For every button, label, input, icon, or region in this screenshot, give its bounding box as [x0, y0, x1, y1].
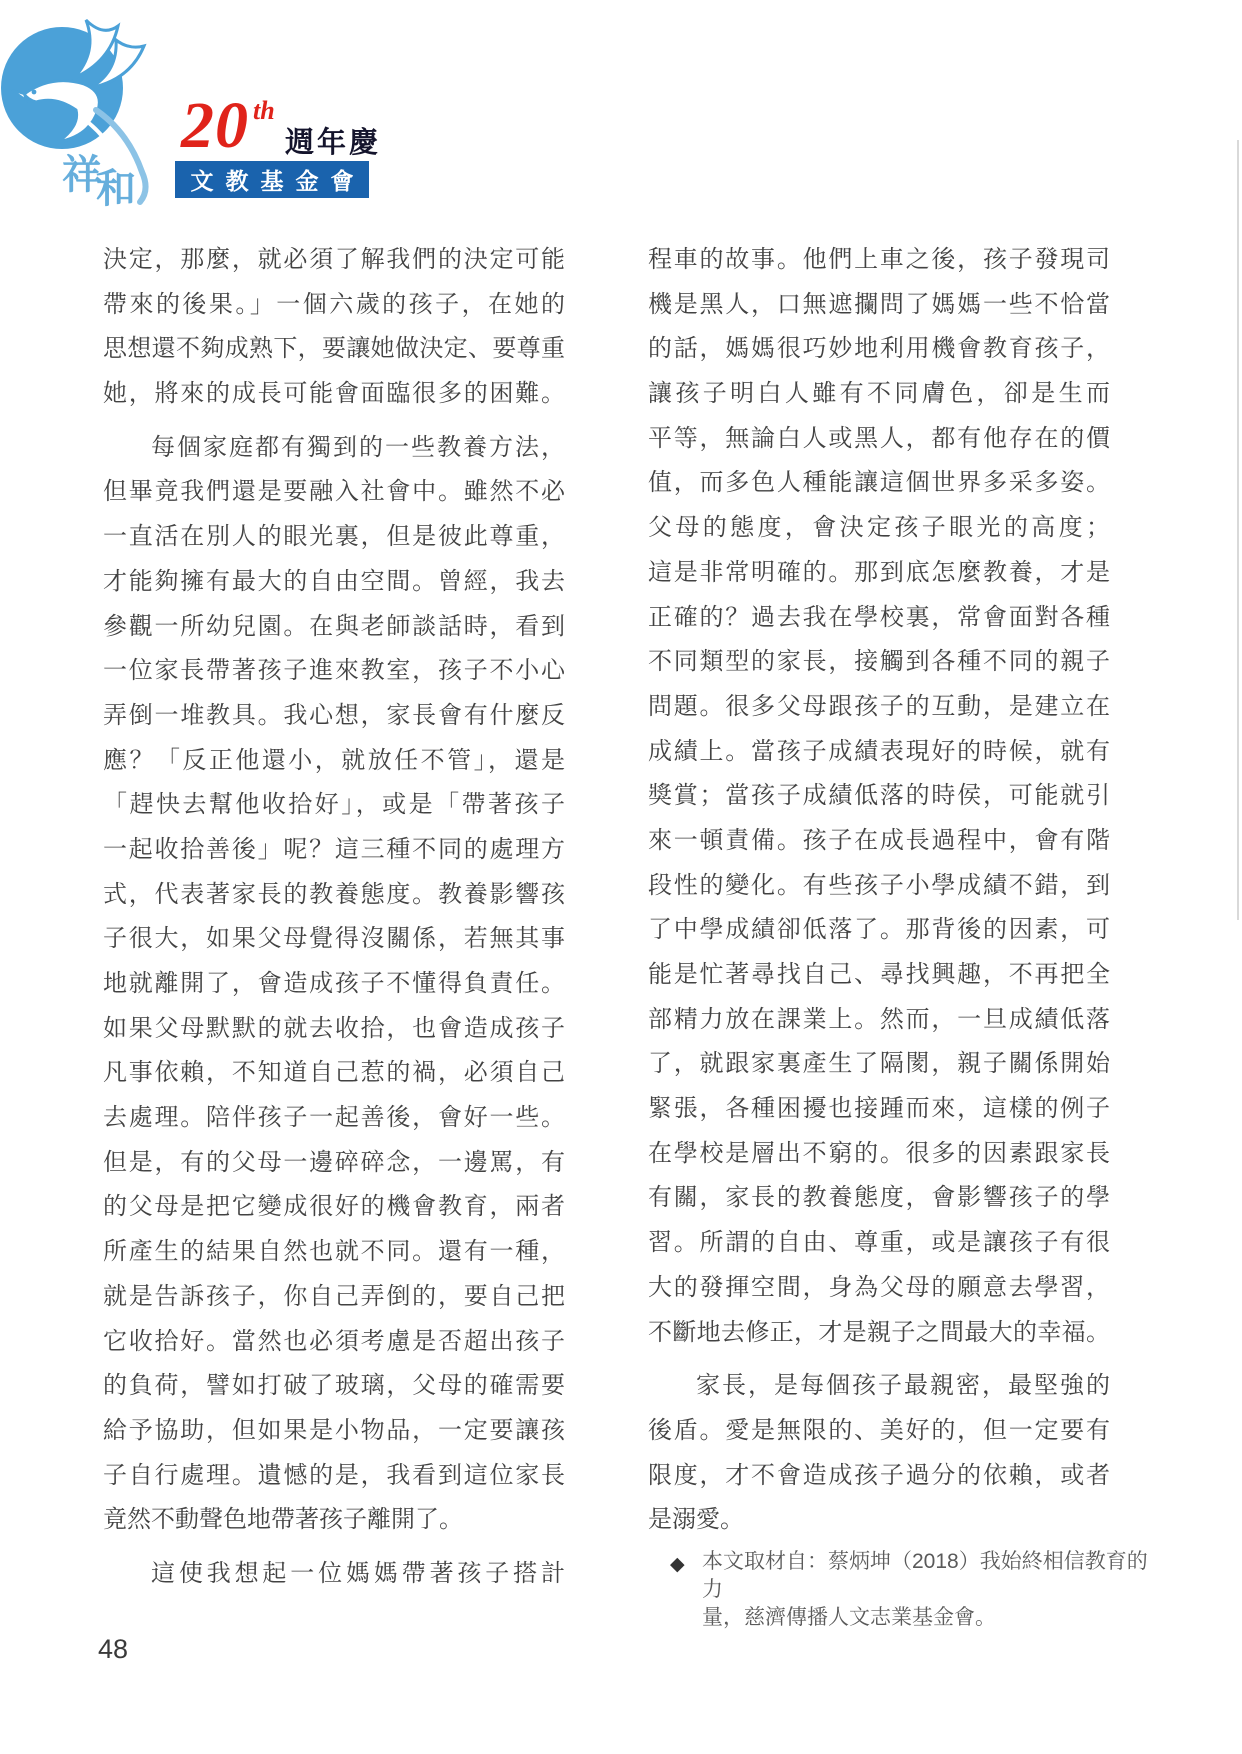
text-line: 段性的變化。有些孩子小學成績不錯，到 — [648, 864, 1110, 909]
text-line: 一位家長帶著孩子進來教室，孩子不小心 — [103, 649, 565, 694]
text-line: 問題。很多父母跟孩子的互動，是建立在 — [648, 685, 1110, 730]
dove-logo-graphic: 祥 和 — [0, 4, 200, 214]
footnote-line: 量，慈濟傳播人文志業基金會。 — [702, 1604, 1148, 1632]
text-line: 大的發揮空間，身為父母的願意去學習， — [648, 1266, 1110, 1311]
text-line: 來一頓責備。孩子在成長過程中，會有階 — [648, 819, 1110, 864]
text-line: 的話，媽媽很巧妙地利用機會教育孩子， — [648, 327, 1110, 372]
text-line: 機是黑人，口無遮攔問了媽媽一些不恰當 — [648, 283, 1110, 328]
text-line: 所產生的結果自然也就不同。還有一種， — [103, 1230, 565, 1275]
text-line: 正確的？過去我在學校裏，常會面對各種 — [648, 596, 1110, 641]
foundation-name-badge: 文教基金會 — [175, 161, 369, 198]
text-line: 去處理。陪伴孩子一起善後，會好一些。 — [103, 1096, 565, 1141]
text-line: 的父母是把它變成很好的機會教育，兩者 — [103, 1185, 565, 1230]
text-line: 弄倒一堆教具。我心想，家長會有什麼反 — [103, 694, 565, 739]
text-line: 是溺愛。 — [648, 1498, 1110, 1543]
text-line: 給予協助，但如果是小物品，一定要讓孩 — [103, 1409, 565, 1454]
text-line: 思想還不夠成熟下，要讓她做決定、要尊重 — [103, 327, 565, 372]
text-line: 如果父母默默的就去收拾，也會造成孩子 — [103, 1007, 565, 1052]
text-line: 程車的故事。他們上車之後，孩子發現司 — [648, 238, 1110, 283]
text-line: 每個家庭都有獨到的一些教養方法， — [103, 426, 565, 471]
text-line: 不斷地去修正，才是親子之間最大的幸福。 — [648, 1311, 1110, 1356]
text-line: 應？「反正他還小，就放任不管」，還是 — [103, 739, 565, 784]
text-line: 竟然不動聲色地帶著孩子離開了。 — [103, 1498, 565, 1543]
paragraph: 決定，那麼，就必須了解我們的決定可能帶來的後果。」一個六歲的孩子，在她的思想還不… — [103, 238, 565, 417]
text-line: 地就離開了，會造成孩子不懂得負責任。 — [103, 962, 565, 1007]
text-line: 子自行處理。遺憾的是，我看到這位家長 — [103, 1454, 565, 1499]
text-line: 帶來的後果。」一個六歲的孩子，在她的 — [103, 283, 565, 328]
text-line: 平等，無論白人或黑人，都有他存在的價 — [648, 417, 1110, 462]
text-line: 就是告訴孩子，你自己弄倒的，要自己把 — [103, 1275, 565, 1320]
footnote-line: 本文取材自：蔡炳坤（2018）我始終相信教育的力 — [702, 1548, 1148, 1604]
text-line: 這是非常明確的。那到底怎麼教養，才是 — [648, 551, 1110, 596]
text-line: 能是忙著尋找自己、尋找興趣，不再把全 — [648, 953, 1110, 998]
anniversary-number: 20 — [181, 89, 249, 162]
dove-eye-icon — [32, 90, 37, 95]
scan-edge-artifact — [1237, 140, 1239, 920]
text-line: 在學校是層出不窮的。很多的因素跟家長 — [648, 1132, 1110, 1177]
source-footnote: ◆ 本文取材自：蔡炳坤（2018）我始終相信教育的力 量，慈濟傳播人文志業基金會… — [668, 1548, 1148, 1632]
magazine-page: 祥 和 20th 週年慶 文教基金會 決定，那麼，就必須了解我們的決定可能帶來的… — [0, 0, 1242, 1754]
text-line: 才能夠擁有最大的自由空間。曾經，我去 — [103, 560, 565, 605]
text-line: 部精力放在課業上。然而，一旦成績低落 — [648, 998, 1110, 1043]
text-line: 但是，有的父母一邊碎碎念，一邊罵，有 — [103, 1141, 565, 1186]
article-column-right: 程車的故事。他們上車之後，孩子發現司機是黑人，口無遮攔問了媽媽一些不恰當的話，媽… — [648, 238, 1110, 1543]
text-line: 了，就跟家裏產生了隔閡，親子關係開始 — [648, 1042, 1110, 1087]
text-line: 「趕快去幫他收拾好」，或是「帶著孩子 — [103, 783, 565, 828]
text-line: 成績上。當孩子成績表現好的時候，就有 — [648, 730, 1110, 775]
text-line: 值，而多色人種能讓這個世界多采多姿。 — [648, 461, 1110, 506]
text-line: 了中學成績卻低落了。那背後的因素，可 — [648, 908, 1110, 953]
text-line: 限度，才不會造成孩子過分的依賴，或者 — [648, 1454, 1110, 1499]
article-column-left: 決定，那麼，就必須了解我們的決定可能帶來的後果。」一個六歲的孩子，在她的思想還不… — [103, 238, 565, 1597]
text-line: 一起收拾善後」呢？這三種不同的處理方 — [103, 828, 565, 873]
text-line: 她，將來的成長可能會面臨很多的困難。 — [103, 372, 565, 417]
anniversary-label: 週年慶 — [285, 120, 381, 161]
text-line: 但畢竟我們還是要融入社會中。雖然不必 — [103, 470, 565, 515]
text-line: 參觀一所幼兒園。在與老師談話時，看到 — [103, 605, 565, 650]
text-line: 不同類型的家長，接觸到各種不同的親子 — [648, 640, 1110, 685]
text-line: 父母的態度，會決定孩子眼光的高度； — [648, 506, 1110, 551]
text-line: 緊張，各種困擾也接踵而來，這樣的例子 — [648, 1087, 1110, 1132]
paragraph: 每個家庭都有獨到的一些教養方法，但畢竟我們還是要融入社會中。雖然不必一直活在別人… — [103, 426, 565, 1543]
calligraphy-he: 和 — [96, 167, 136, 211]
anniversary-suffix: th — [253, 96, 275, 125]
text-line: 獎賞；當孩子成績低落的時侯，可能就引 — [648, 774, 1110, 819]
text-line: 有關，家長的教養態度，會影響孩子的學 — [648, 1176, 1110, 1221]
diamond-bullet-icon: ◆ — [670, 1551, 685, 1579]
paragraph: 這使我想起一位媽媽帶著孩子搭計 — [103, 1552, 565, 1597]
anniversary-banner: 20th — [181, 88, 275, 158]
text-line: 這使我想起一位媽媽帶著孩子搭計 — [103, 1552, 565, 1597]
text-line: 它收拾好。當然也必須考慮是否超出孩子 — [103, 1320, 565, 1365]
text-line: 讓孩子明白人雖有不同膚色，卻是生而 — [648, 372, 1110, 417]
text-line: 一直活在別人的眼光裏，但是彼此尊重， — [103, 515, 565, 560]
text-line: 習。所謂的自由、尊重，或是讓孩子有很 — [648, 1221, 1110, 1266]
text-line: 子很大，如果父母覺得沒關係，若無其事 — [103, 917, 565, 962]
text-line: 凡事依賴，不知道自己惹的禍，必須自己 — [103, 1051, 565, 1096]
page-number: 48 — [98, 1634, 128, 1665]
foundation-logo: 祥 和 — [0, 4, 200, 214]
paragraph: 程車的故事。他們上車之後，孩子發現司機是黑人，口無遮攔問了媽媽一些不恰當的話，媽… — [648, 238, 1110, 1355]
text-line: 的負荷，譬如打破了玻璃，父母的確需要 — [103, 1364, 565, 1409]
text-line: 家長，是每個孩子最親密，最堅強的 — [648, 1364, 1110, 1409]
text-line: 後盾。愛是無限的、美好的，但一定要有 — [648, 1409, 1110, 1454]
text-line: 式，代表著家長的教養態度。教養影響孩 — [103, 873, 565, 918]
paragraph: 家長，是每個孩子最親密，最堅強的後盾。愛是無限的、美好的，但一定要有限度，才不會… — [648, 1364, 1110, 1543]
text-line: 決定，那麼，就必須了解我們的決定可能 — [103, 238, 565, 283]
